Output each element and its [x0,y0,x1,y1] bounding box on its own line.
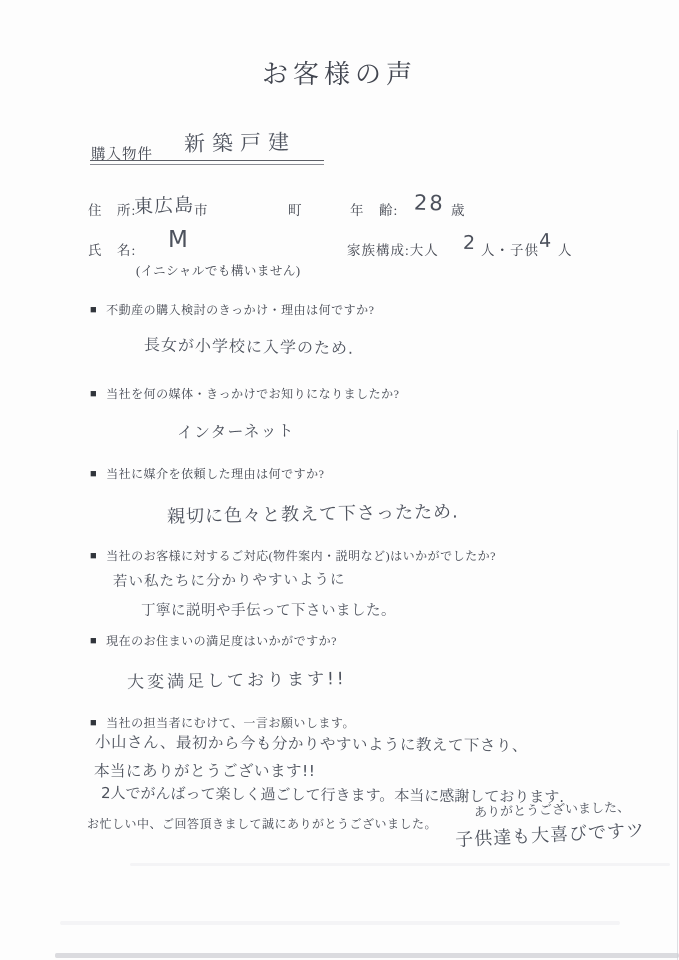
scan-edge-line [677,430,678,960]
name-note: (イニシャルでも構いません) [136,261,301,279]
property-underline [90,160,324,165]
family-children-handwritten: 4 [539,230,552,252]
question-4: ■当社のお客様に対するご対応(物件案内・説明など)はいかがでしたか? [90,547,496,564]
square-bullet-icon: ■ [90,468,97,480]
answer-2-handwritten: インターネット [177,418,295,443]
age-unit: 歳 [451,199,466,219]
name-label: 氏 名: [88,239,136,259]
question-6: ■当社の担当者にむけて、一言お願いします。 [90,714,355,731]
answer-6-line-5-handwritten: 子供達も大喜びですツ [454,816,645,852]
answer-3-handwritten: 親切に色々と教えて下さったため. [167,497,459,528]
question-1: ■不動産の購入検討のきっかけ・理由は何ですか? [90,301,374,318]
square-bullet-icon: ■ [90,635,97,647]
closing-thanks-text: お忙しい中、ご回答頂きまして誠にありがとうございました。 [87,815,437,832]
square-bullet-icon: ■ [90,717,97,729]
question-6-text: 当社の担当者にむけて、一言お願いします。 [106,716,355,730]
page-title: お客様の声 [0,54,679,91]
square-bullet-icon: ■ [90,304,97,316]
scan-artifact [130,863,670,866]
family-unit: 人 [558,239,573,259]
question-4-text: 当社のお客様に対するご対応(物件案内・説明など)はいかがでしたか? [106,549,496,563]
square-bullet-icon: ■ [90,388,97,400]
age-label: 年 齢: [350,199,398,219]
family-label: 家族構成:大人 [347,239,439,259]
property-value-handwritten: 新築戸建 [184,126,297,158]
address-label: 住 所: [88,199,136,219]
answer-4-line-2-handwritten: 丁寧に説明や手伝って下さいました。 [141,599,396,620]
customer-voice-form: お客様の声 購入物件 新築戸建 住 所: 東広島 市 町 年 齢: 28 歳 氏… [0,0,679,960]
address-city-suffix: 市 [194,199,209,219]
answer-6-line-1-handwritten: 小山さん、最初から今も分かりやすいように教えて下さり、 [95,730,528,756]
scan-artifact [60,921,620,925]
question-2-text: 当社を何の媒体・きっかけでお知りになりましたか? [106,387,399,401]
question-3-text: 当社に媒介を依頼した理由は何ですか? [106,467,324,481]
answer-4-line-1-handwritten: 若い私たちに分かりやすいように [113,568,346,591]
question-5: ■現在のお住まいの満足度はいかがですか? [90,632,337,649]
scan-artifact [55,953,679,958]
square-bullet-icon: ■ [90,550,97,562]
family-mid-label: 人・子供 [481,239,539,259]
question-2: ■当社を何の媒体・きっかけでお知りになりましたか? [90,385,400,402]
answer-1-handwritten: 長女が小学校に入学のため. [144,332,354,359]
age-value-handwritten: 28 [414,190,446,215]
question-5-text: 現在のお住まいの満足度はいかがですか? [106,634,337,648]
name-value-handwritten: M [168,227,188,253]
address-town-suffix: 町 [288,199,303,219]
family-adults-handwritten: 2 [463,232,475,254]
question-1-text: 不動産の購入検討のきっかけ・理由は何ですか? [106,303,374,317]
answer-6-line-2-handwritten: 本当にありがとうございます!! [94,759,315,781]
question-3: ■当社に媒介を依頼した理由は何ですか? [90,465,324,482]
address-value-handwritten: 東広島 [134,190,195,219]
answer-5-handwritten: 大変満足しております!! [127,664,347,693]
